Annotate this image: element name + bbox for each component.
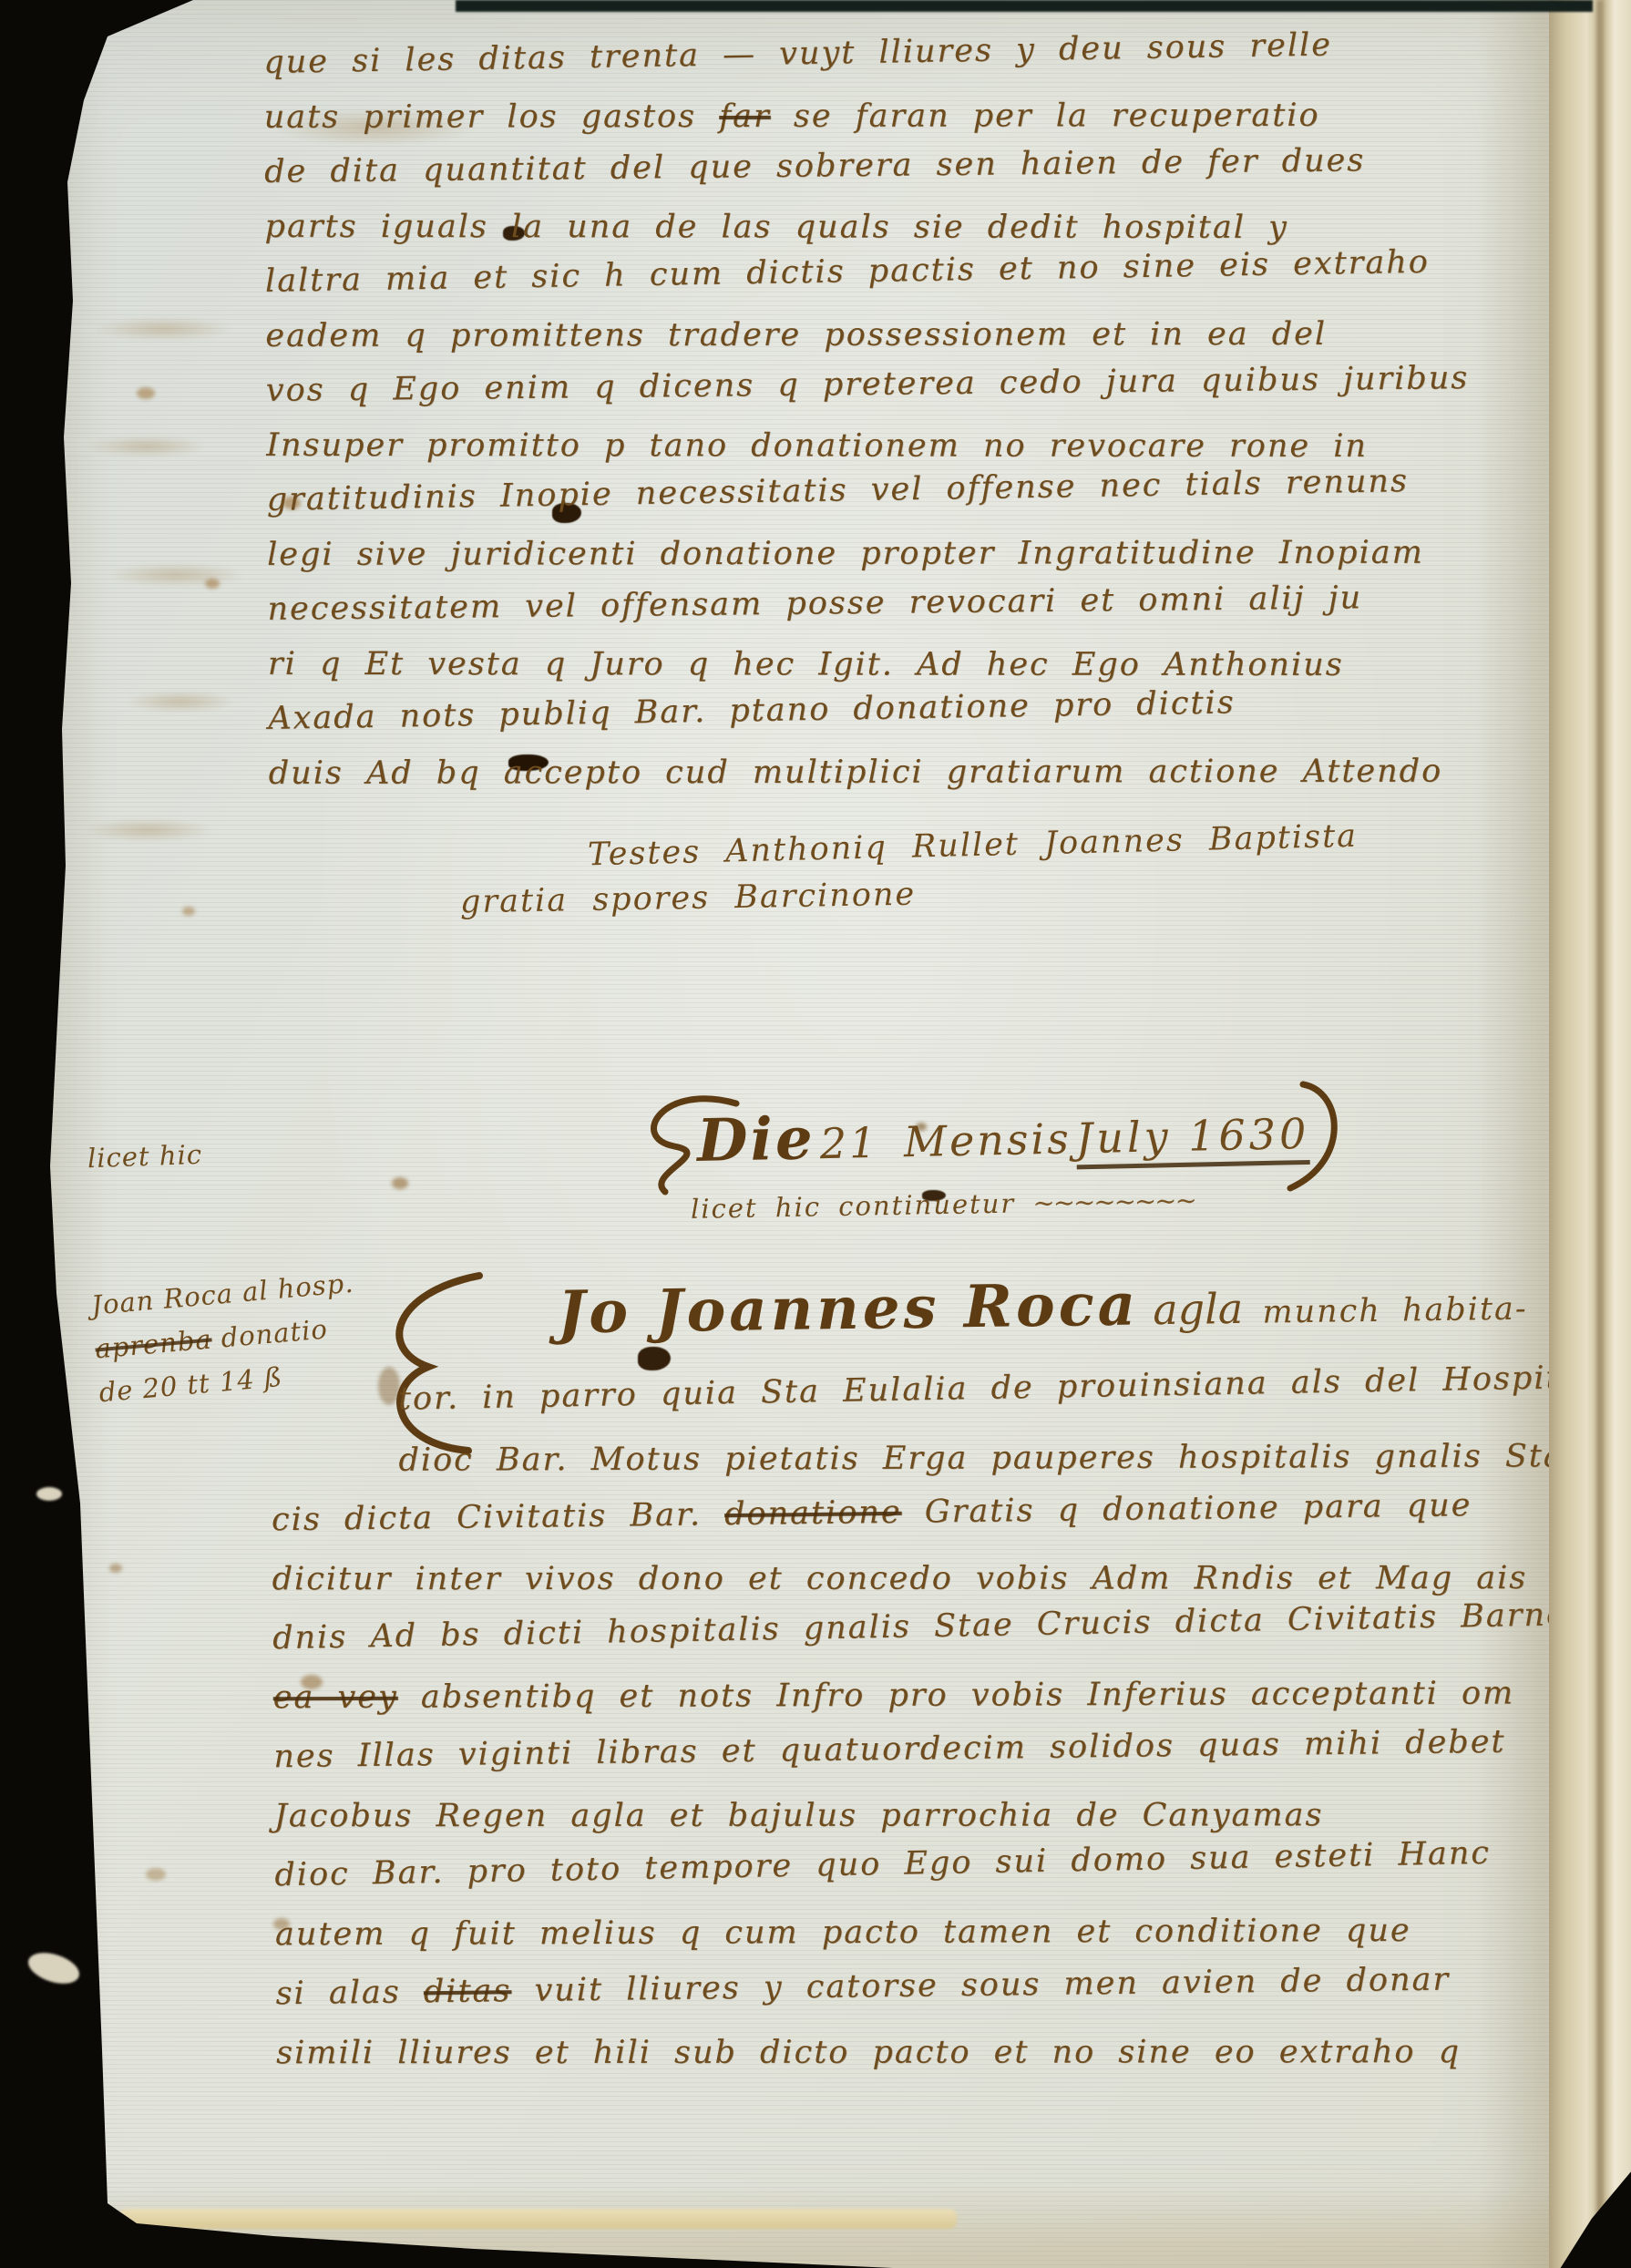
fox-stain: [392, 1177, 408, 1189]
adjacent-leaf-edge: [1549, 0, 1631, 2268]
bleed-through-smudge: [95, 317, 231, 341]
act1-paragraph: que si les ditas trenta — vuyt lliures y…: [263, 26, 1544, 801]
struck-word: aprenba: [94, 1323, 213, 1364]
struck-word: far: [719, 98, 771, 135]
calligraphic-flourish: [1283, 1077, 1365, 1196]
fox-stain: [146, 1868, 166, 1881]
date-heading: Die 21 Mensis July 1630: [696, 1094, 1310, 1175]
manuscript-page: que si les ditas trenta — vuyt lliures y…: [0, 0, 1560, 2268]
leaf-fold-crease: [1596, 0, 1603, 2268]
line-segment: cis dicta Civitatis Bar.: [272, 1496, 725, 1538]
date-year: July 1630: [1075, 1109, 1310, 1169]
line-segment: donatio: [210, 1313, 329, 1354]
photograph-background: que si les ditas trenta — vuyt lliures y…: [0, 0, 1631, 2268]
bleed-through-smudge: [87, 436, 206, 457]
shadow-top-band: [456, 0, 1593, 12]
date-word-die: Die: [696, 1104, 815, 1175]
bleed-through-smudge: [126, 691, 235, 713]
grantor-name: Jo Joannes Roca: [558, 1271, 1140, 1348]
bleed-through-smudge: [108, 563, 244, 587]
line-segment: uats primer los gastos: [264, 98, 720, 136]
act2-opening-line: Jo Joannes Roca agla munch habita-: [558, 1266, 1529, 1348]
deckle-edge: [118, 2209, 957, 2229]
margin-note-licet: licet hic: [87, 1139, 202, 1174]
line-segment: Gratis q donatione para que: [901, 1487, 1472, 1531]
struck-word: ditas: [424, 1973, 512, 2010]
fox-stain: [137, 387, 155, 399]
line-segment: vuit lliures y catorse sous men avien de…: [511, 1961, 1450, 2009]
struck-word: donatione: [724, 1494, 902, 1533]
struck-word: ea vey: [273, 1679, 398, 1716]
line-segment: se faran per la recuperatio: [771, 97, 1320, 135]
fox-stain: [109, 1564, 122, 1573]
manuscript-line: duis Ad bq accepto cud multiplici gratia…: [269, 744, 1544, 800]
act2-paragraph: tor. in parro quia Sta Eulalia de prouin…: [271, 1361, 1580, 2083]
paper-fibre-tuft: [25, 1947, 83, 1989]
fox-stain: [205, 579, 220, 589]
subline-text: licet hic continuetur: [691, 1188, 1016, 1225]
fox-stain: [182, 907, 195, 916]
line-segment: absentibq et nots Infro pro vobis Inferi…: [398, 1675, 1515, 1715]
paper-fibre-tuft: [36, 1487, 62, 1501]
opening-tail: munch habita-: [1262, 1291, 1528, 1331]
manuscript-line: simili lliures et hili sub dicto pacto e…: [276, 2023, 1579, 2083]
bleed-through-smudge: [84, 818, 211, 842]
date-middle: 21 Mensis: [819, 1113, 1072, 1168]
grantor-alias: agla: [1153, 1284, 1244, 1334]
squiggle-flourish: ~~~~~~~~: [1032, 1185, 1195, 1218]
line-segment: si alas: [275, 1974, 424, 2012]
